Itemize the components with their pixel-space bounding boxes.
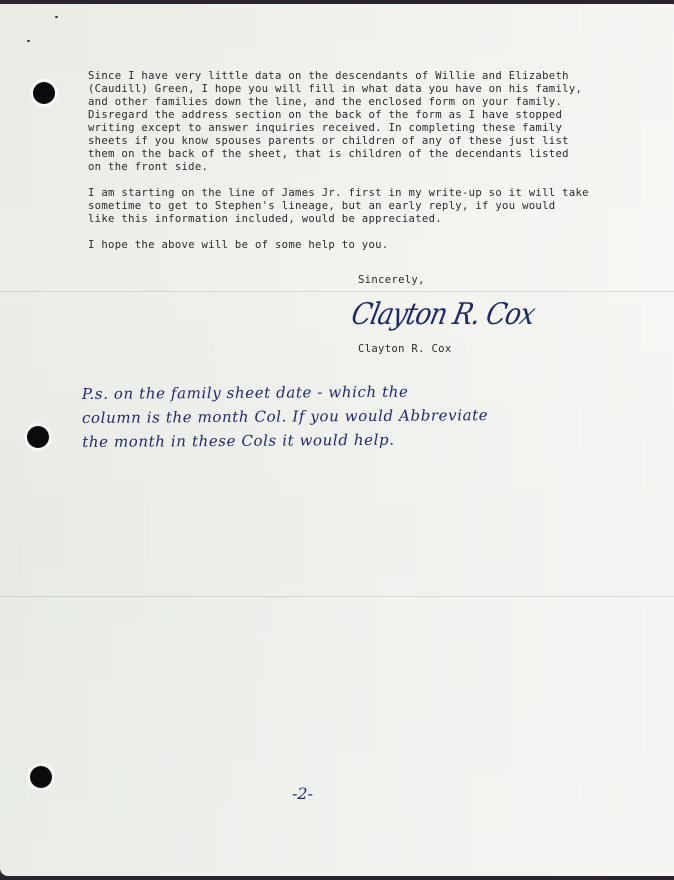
paragraph-1: Since I have very little data on the des… [88, 70, 618, 174]
paragraph-2: I am starting on the line of James Jr. f… [88, 187, 618, 226]
ink-speck [55, 16, 58, 18]
ink-speck [27, 40, 30, 42]
paper-fold-line [0, 291, 674, 292]
closing: Sincerely, [358, 274, 425, 286]
postscript-line: the month in these Cols it would help. [82, 426, 642, 454]
handwritten-postscript: P.s. on the family sheet date - which th… [82, 378, 642, 454]
punch-hole-icon [33, 82, 55, 104]
letter-page: Since I have very little data on the des… [0, 4, 674, 876]
handwritten-signature: Clayton R. Cox [348, 298, 537, 333]
paper-fold-line [0, 596, 674, 597]
punch-hole-icon [30, 766, 52, 788]
punch-hole-icon [27, 426, 49, 448]
typed-name: Clayton R. Cox [358, 343, 452, 355]
page-number: -2- [292, 784, 313, 803]
letter-body: Since I have very little data on the des… [88, 70, 618, 265]
paragraph-3: I hope the above will be of some help to… [88, 239, 618, 252]
